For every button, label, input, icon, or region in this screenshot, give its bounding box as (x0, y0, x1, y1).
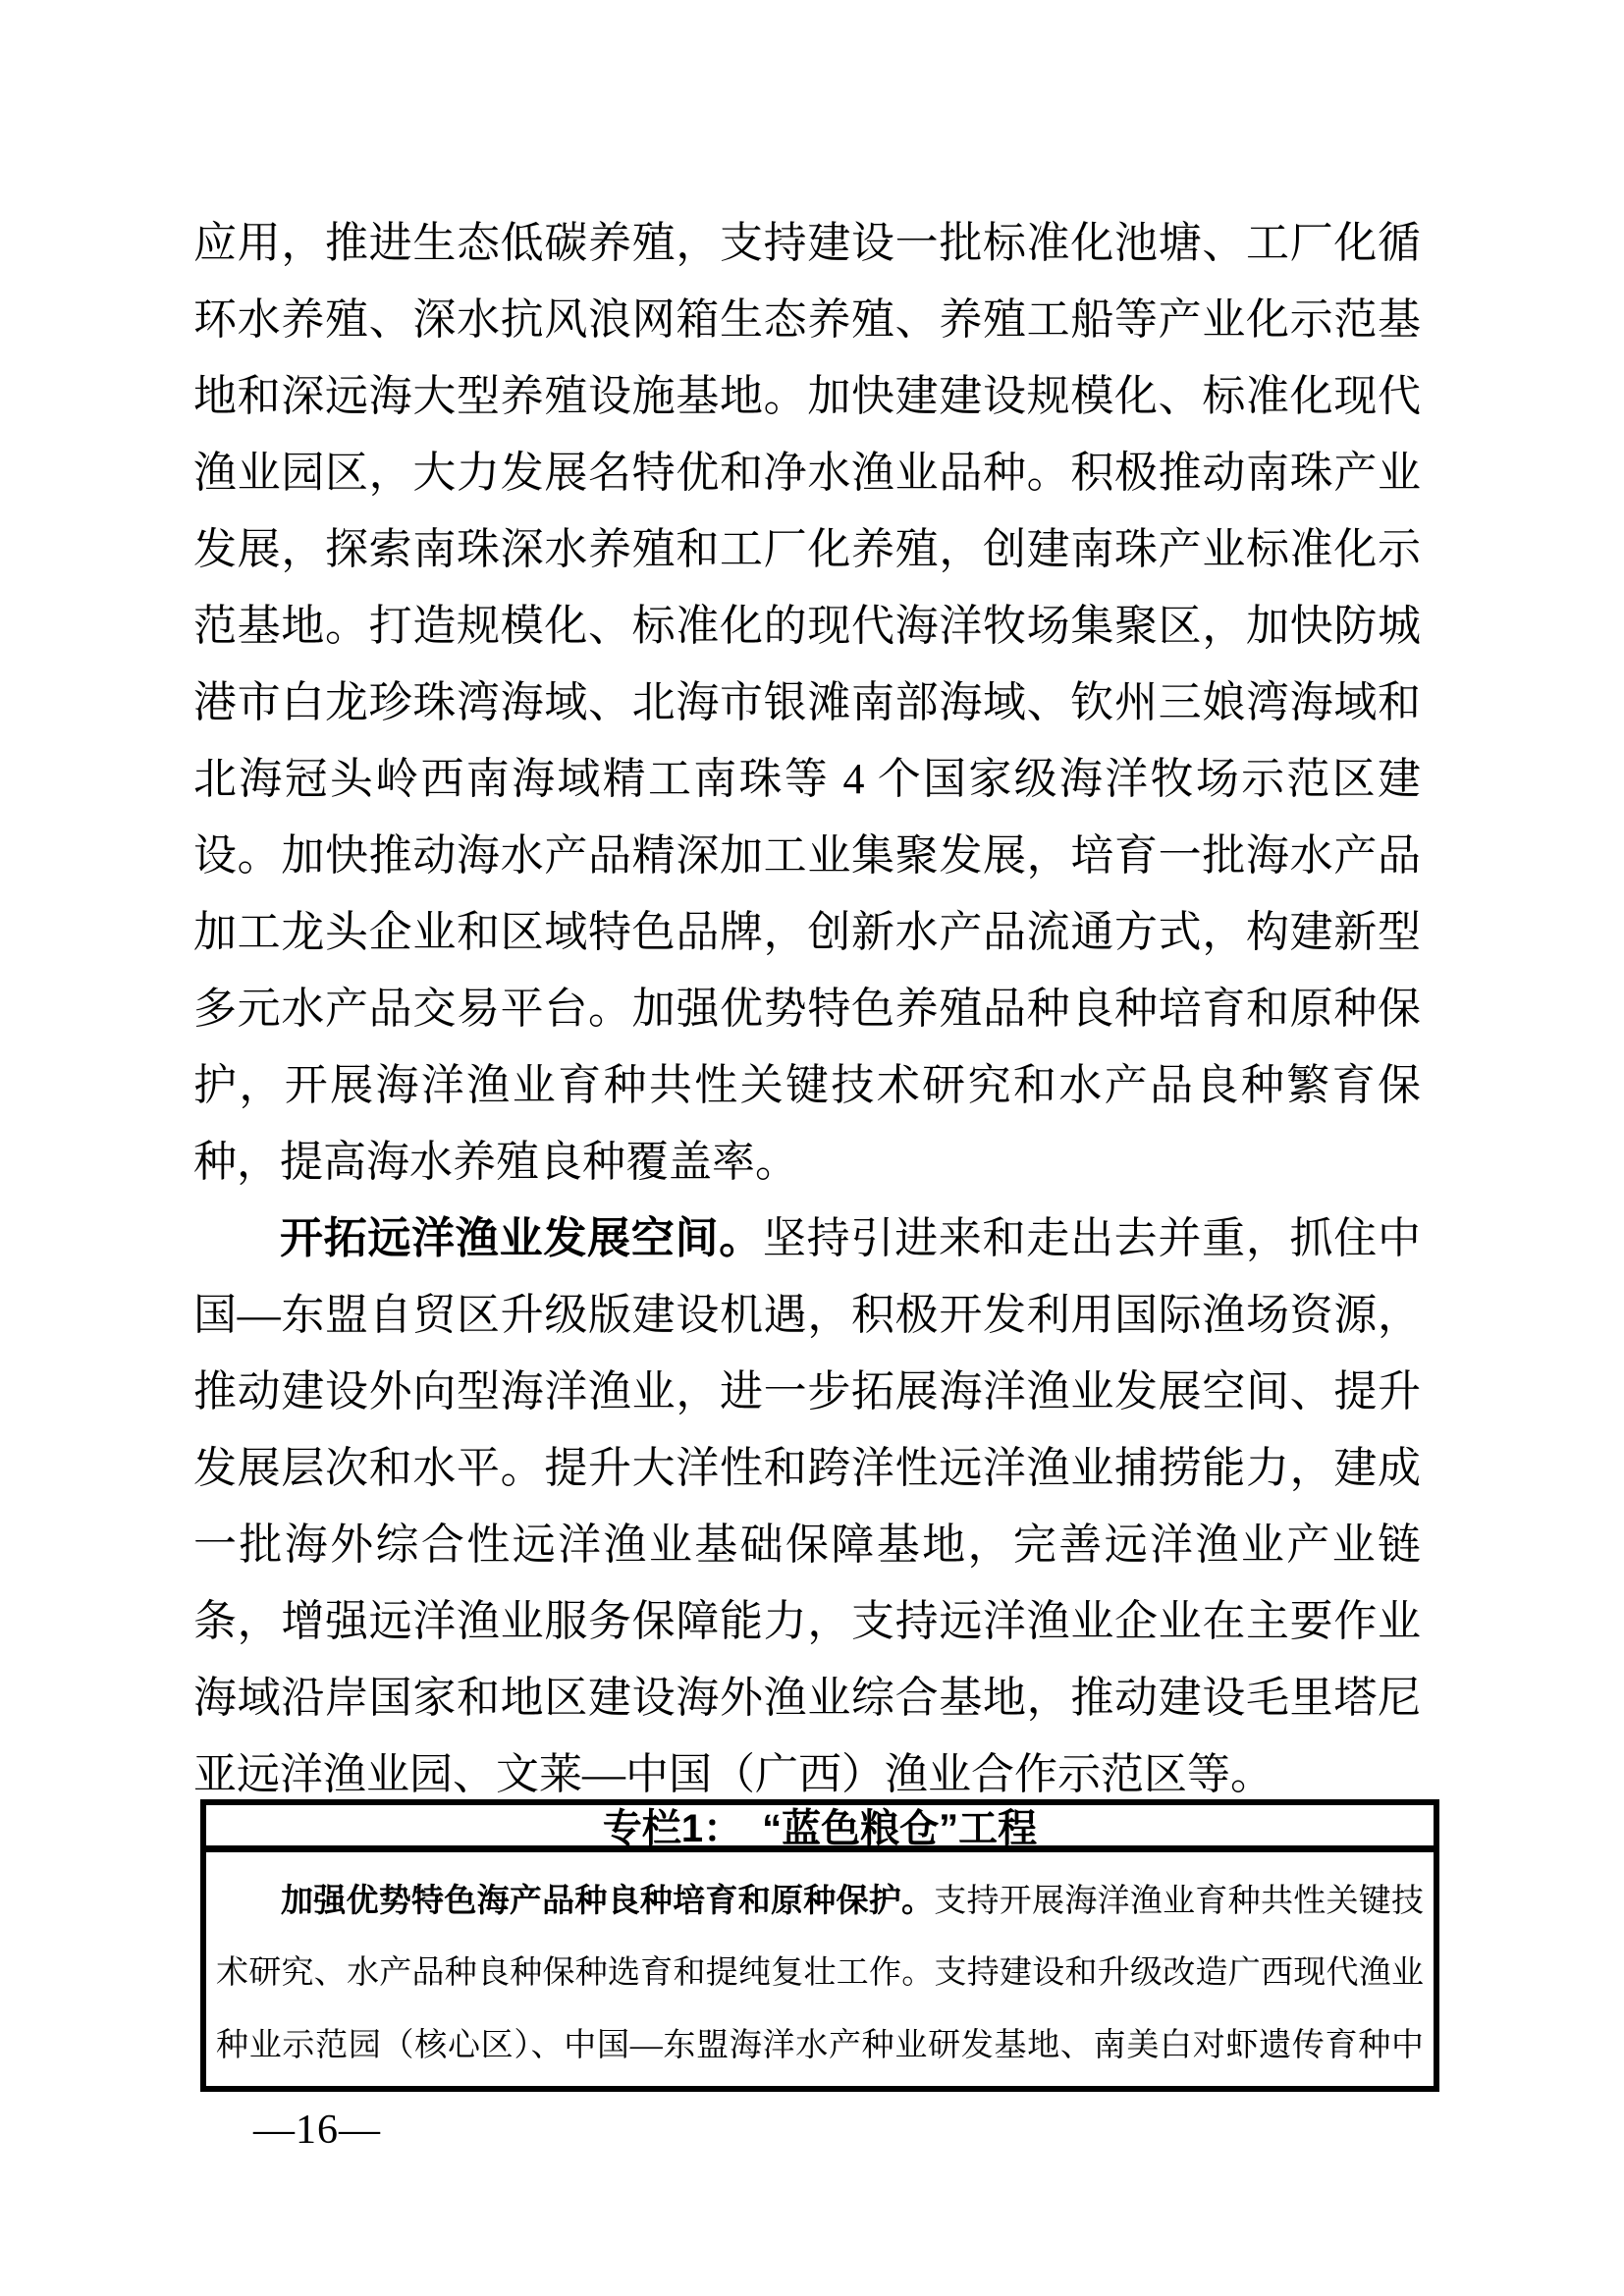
body-line: 推动建设外向型海洋渔业，进一步拓展海洋渔业发展空间、提升 (193, 1354, 1421, 1430)
body-line: 应用，推进生态低碳养殖，支持建设一批标准化池塘、工厂化循 (193, 205, 1421, 282)
body-line: 开拓远洋渔业发展空间。坚持引进来和走出去并重，抓住中 (193, 1201, 1421, 1277)
body-line: 港市白龙珍珠湾海域、北海市银滩南部海域、钦州三娘湾海域和 (193, 665, 1421, 741)
body-line: 地和深远海大型养殖设施基地。加快建建设规模化、标准化现代 (193, 358, 1421, 435)
body-line: 加工龙头企业和区域特色品牌，创新水产品流通方式，构建新型 (193, 894, 1421, 971)
body-line: 海域沿岸国家和地区建设海外渔业综合基地，推动建设毛里塔尼 (193, 1660, 1421, 1736)
body-line: 渔业园区，大力发展名特优和净水渔业品种。积极推动南珠产业 (193, 435, 1421, 511)
column-panel-body: 加强优势特色海产品种良种培育和原种保护。支持开展海洋渔业育种共性关键技 术研究、… (206, 1852, 1434, 2085)
panel-line: 术研究、水产品种良种保种选育和提纯复壮工作。支持建设和升级改造广西现代渔业 (216, 1937, 1424, 2009)
column-panel: 专栏1： “蓝色粮仓”工程 加强优势特色海产品种良种培育和原种保护。支持开展海洋… (200, 1799, 1439, 2092)
body-line: 环水养殖、深水抗风浪网箱生态养殖、养殖工船等产业化示范基 (193, 282, 1421, 358)
page-number: —16— (253, 2107, 381, 2154)
body-line: 多元水产品交易平台。加强优势特色养殖品种良种培育和原种保 (193, 971, 1421, 1047)
body-line-text: 坚持引进来和走出去并重，抓住中 (763, 1214, 1421, 1262)
paragraph-lead-bold: 开拓远洋渔业发展空间。 (280, 1214, 763, 1262)
body-line: 发展，探索南珠深水养殖和工厂化养殖，创建南珠产业标准化示 (193, 511, 1421, 588)
body-line: 发展层次和水平。提升大洋性和跨洋性远洋渔业捕捞能力，建成 (193, 1430, 1421, 1507)
body-line: 北海冠头岭西南海域精工南珠等 4 个国家级海洋牧场示范区建 (193, 741, 1421, 818)
panel-lead-bold: 加强优势特色海产品种良种培育和原种保护。 (281, 1882, 934, 1918)
body-line: 护，开展海洋渔业育种共性关键技术研究和水产品良种繁育保 (193, 1047, 1421, 1124)
panel-line: 种业示范园（核心区）、中国—东盟海洋水产种业研发基地、南美白对虾遗传育种中 (216, 2009, 1424, 2082)
body-line: 范基地。打造规模化、标准化的现代海洋牧场集聚区，加快防城 (193, 588, 1421, 665)
panel-line: 加强优势特色海产品种良种培育和原种保护。支持开展海洋渔业育种共性关键技 (216, 1864, 1424, 1937)
document-page: 应用，推进生态低碳养殖，支持建设一批标准化池塘、工厂化循 环水养殖、深水抗风浪网… (0, 0, 1624, 2296)
body-line: 国—东盟自贸区升级版建设机遇，积极开发利用国际渔场资源， (193, 1277, 1421, 1354)
panel-line-text: 支持开展海洋渔业育种共性关键技 (934, 1884, 1424, 1919)
body-line: 设。加快推动海水产品精深加工业集聚发展，培育一批海水产品 (193, 818, 1421, 894)
body-text: 应用，推进生态低碳养殖，支持建设一批标准化池塘、工厂化循 环水养殖、深水抗风浪网… (193, 205, 1421, 1813)
column-panel-title: 专栏1： “蓝色粮仓”工程 (206, 1805, 1434, 1852)
body-line: 一批海外综合性远洋渔业基础保障基地，完善远洋渔业产业链 (193, 1507, 1421, 1583)
body-line: 条，增强远洋渔业服务保障能力，支持远洋渔业企业在主要作业 (193, 1583, 1421, 1660)
body-line: 种，提高海水养殖良种覆盖率。 (193, 1124, 1421, 1201)
